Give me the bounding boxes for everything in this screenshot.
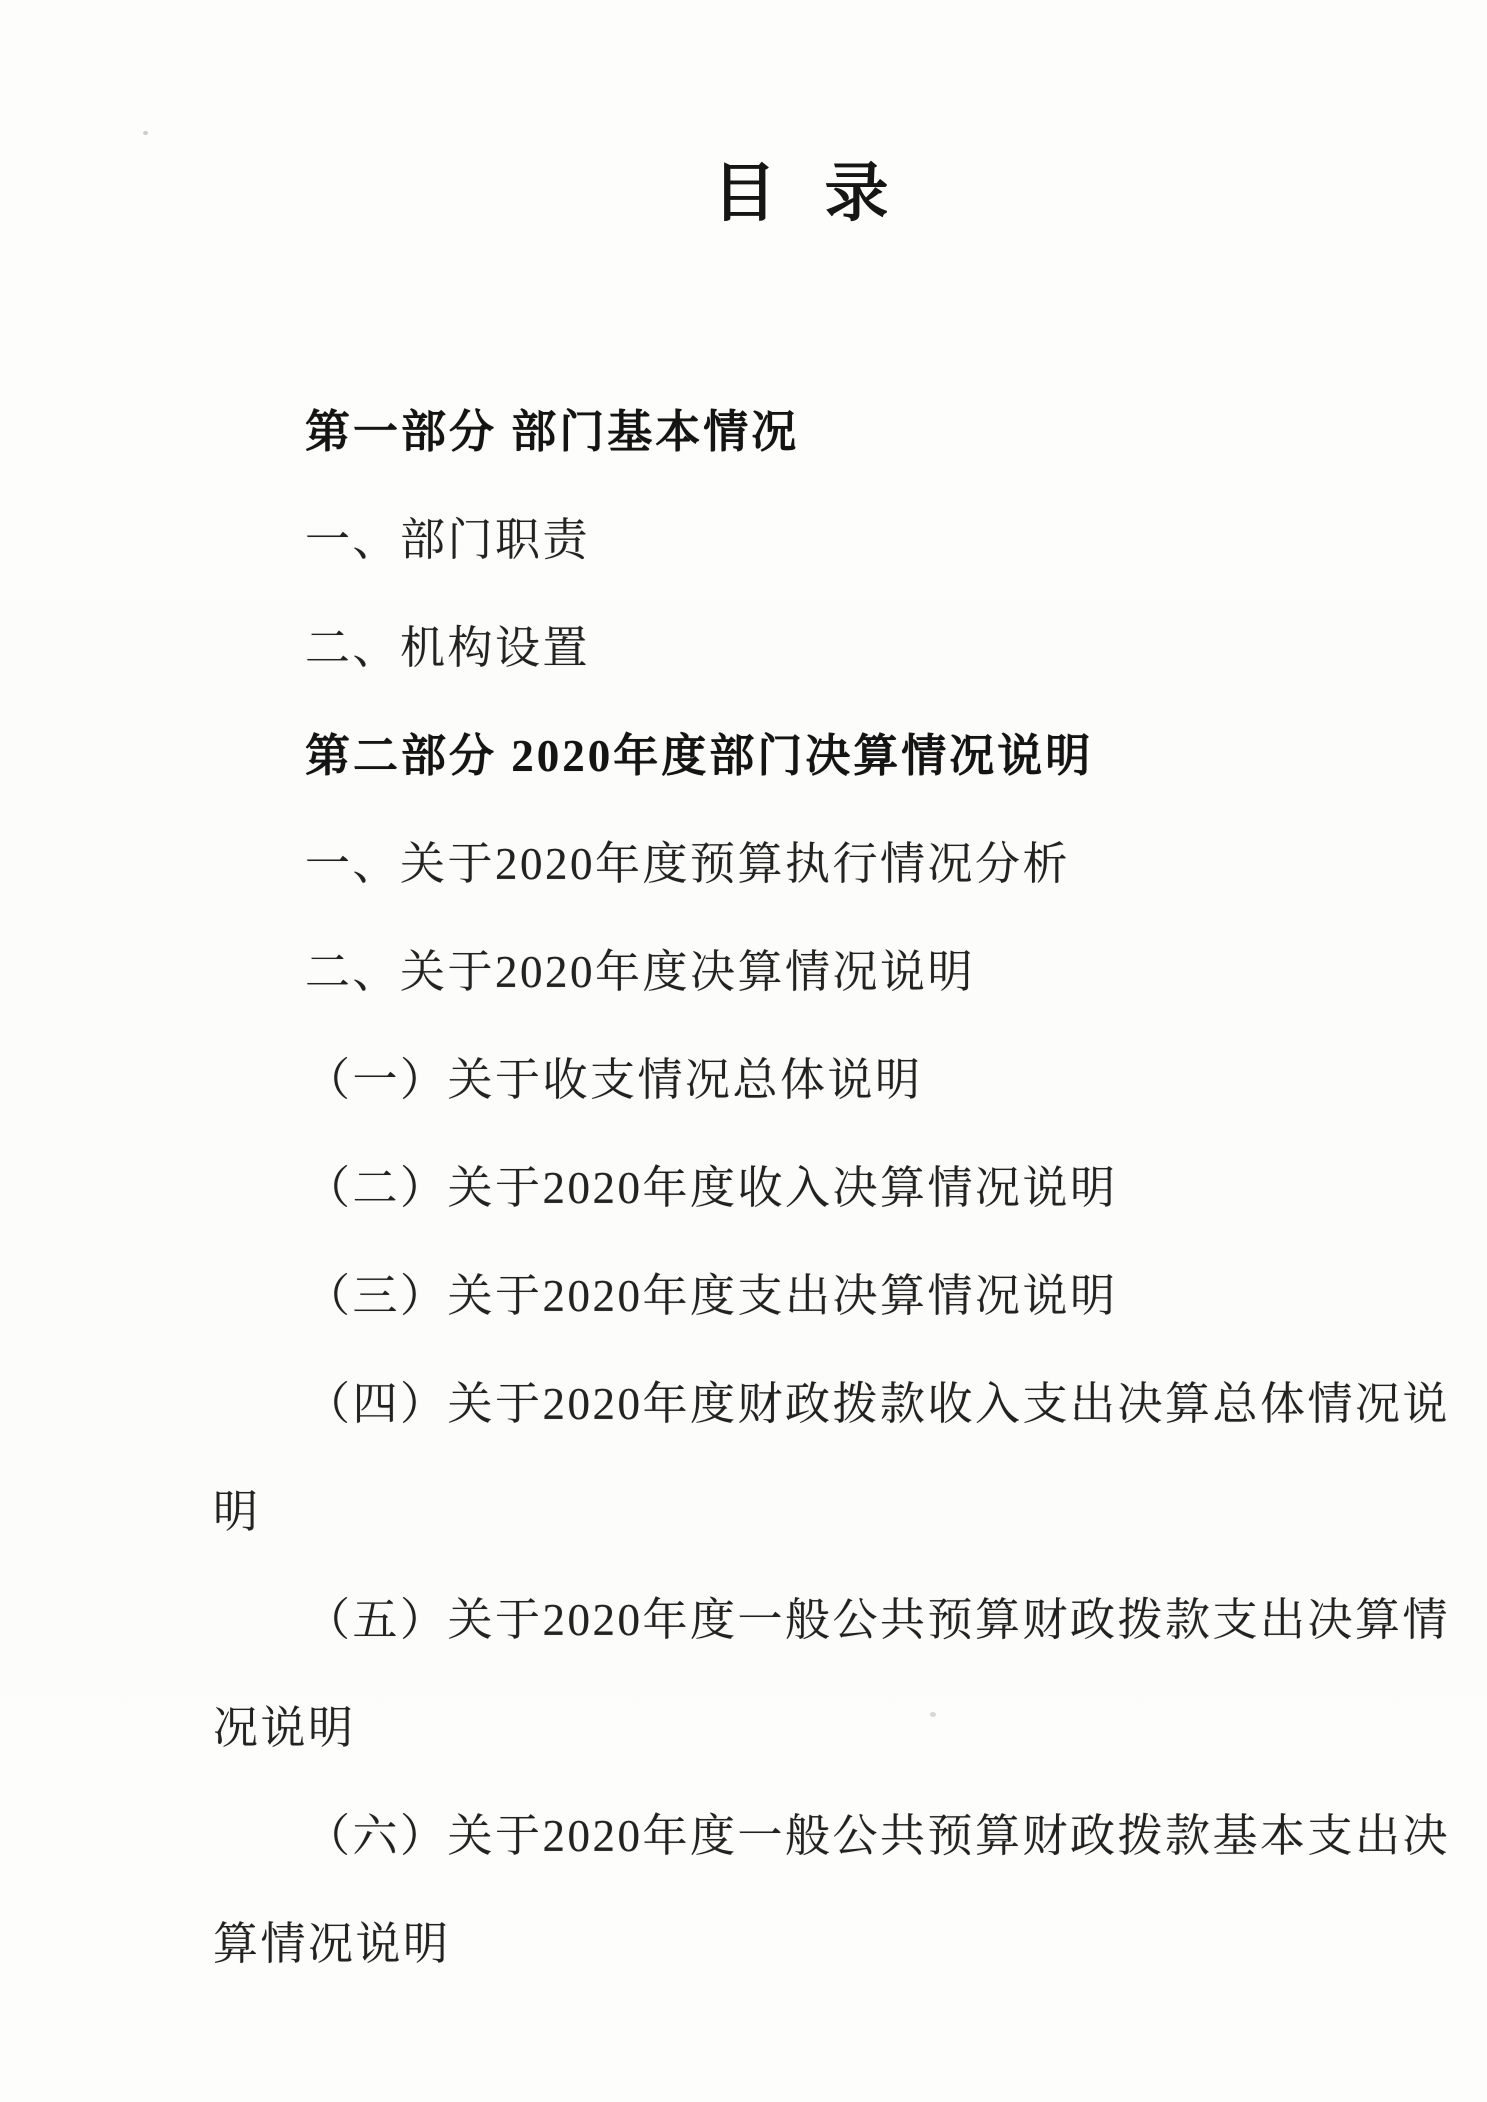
toc-entry: 一、关于2020年度预算执行情况分析 — [213, 810, 1283, 918]
toc-entry-line: （四）关于2020年度财政拨款收入支出决算总体情况说 — [213, 1350, 1283, 1458]
scan-artifact-dot — [930, 1712, 936, 1717]
document-page: 目 录 第一部分 部门基本情况一、部门职责二、机构设置第二部分 2020年度部门… — [0, 0, 1487, 2102]
scan-artifact-dot — [143, 131, 148, 135]
toc-entry: （五）关于2020年度一般公共预算财政拨款支出决算情况说明 — [213, 1566, 1283, 1782]
page-title: 目 录 — [0, 142, 1487, 234]
toc-entry: （六）关于2020年度一般公共预算财政拨款基本支出决算情况说明 — [213, 1782, 1283, 1998]
toc-entry: 第二部分 2020年度部门决算情况说明 — [213, 702, 1283, 810]
toc-entry-line: 明 — [213, 1458, 1283, 1566]
toc-entry-line: （六）关于2020年度一般公共预算财政拨款基本支出决 — [213, 1782, 1283, 1890]
toc-entry-line: （二）关于2020年度收入决算情况说明 — [213, 1134, 1283, 1242]
toc-entry-line: （三）关于2020年度支出决算情况说明 — [213, 1242, 1283, 1350]
toc-entry: （二）关于2020年度收入决算情况说明 — [213, 1134, 1283, 1242]
toc-entry-line: 况说明 — [213, 1674, 1283, 1782]
toc-entry-line: 一、部门职责 — [213, 486, 1283, 594]
toc-entry: 二、机构设置 — [213, 594, 1283, 702]
toc-entry: （三）关于2020年度支出决算情况说明 — [213, 1242, 1283, 1350]
toc-entry-line: 算情况说明 — [213, 1890, 1283, 1998]
toc-entry: （四）关于2020年度财政拨款收入支出决算总体情况说明 — [213, 1350, 1283, 1566]
toc-entry: 第一部分 部门基本情况 — [213, 378, 1283, 486]
toc-entry-line: 一、关于2020年度预算执行情况分析 — [213, 810, 1283, 918]
toc-entry: 二、关于2020年度决算情况说明 — [213, 918, 1283, 1026]
toc-entry-line: （五）关于2020年度一般公共预算财政拨款支出决算情 — [213, 1566, 1283, 1674]
toc-entry-line: 二、机构设置 — [213, 594, 1283, 702]
table-of-contents: 第一部分 部门基本情况一、部门职责二、机构设置第二部分 2020年度部门决算情况… — [213, 378, 1283, 1998]
toc-entry-line: 第一部分 部门基本情况 — [213, 378, 1283, 486]
toc-entry: 一、部门职责 — [213, 486, 1283, 594]
toc-entry-line: （一）关于收支情况总体说明 — [213, 1026, 1283, 1134]
toc-entry: （一）关于收支情况总体说明 — [213, 1026, 1283, 1134]
toc-entry-line: 二、关于2020年度决算情况说明 — [213, 918, 1283, 1026]
toc-entry-line: 第二部分 2020年度部门决算情况说明 — [213, 702, 1283, 810]
